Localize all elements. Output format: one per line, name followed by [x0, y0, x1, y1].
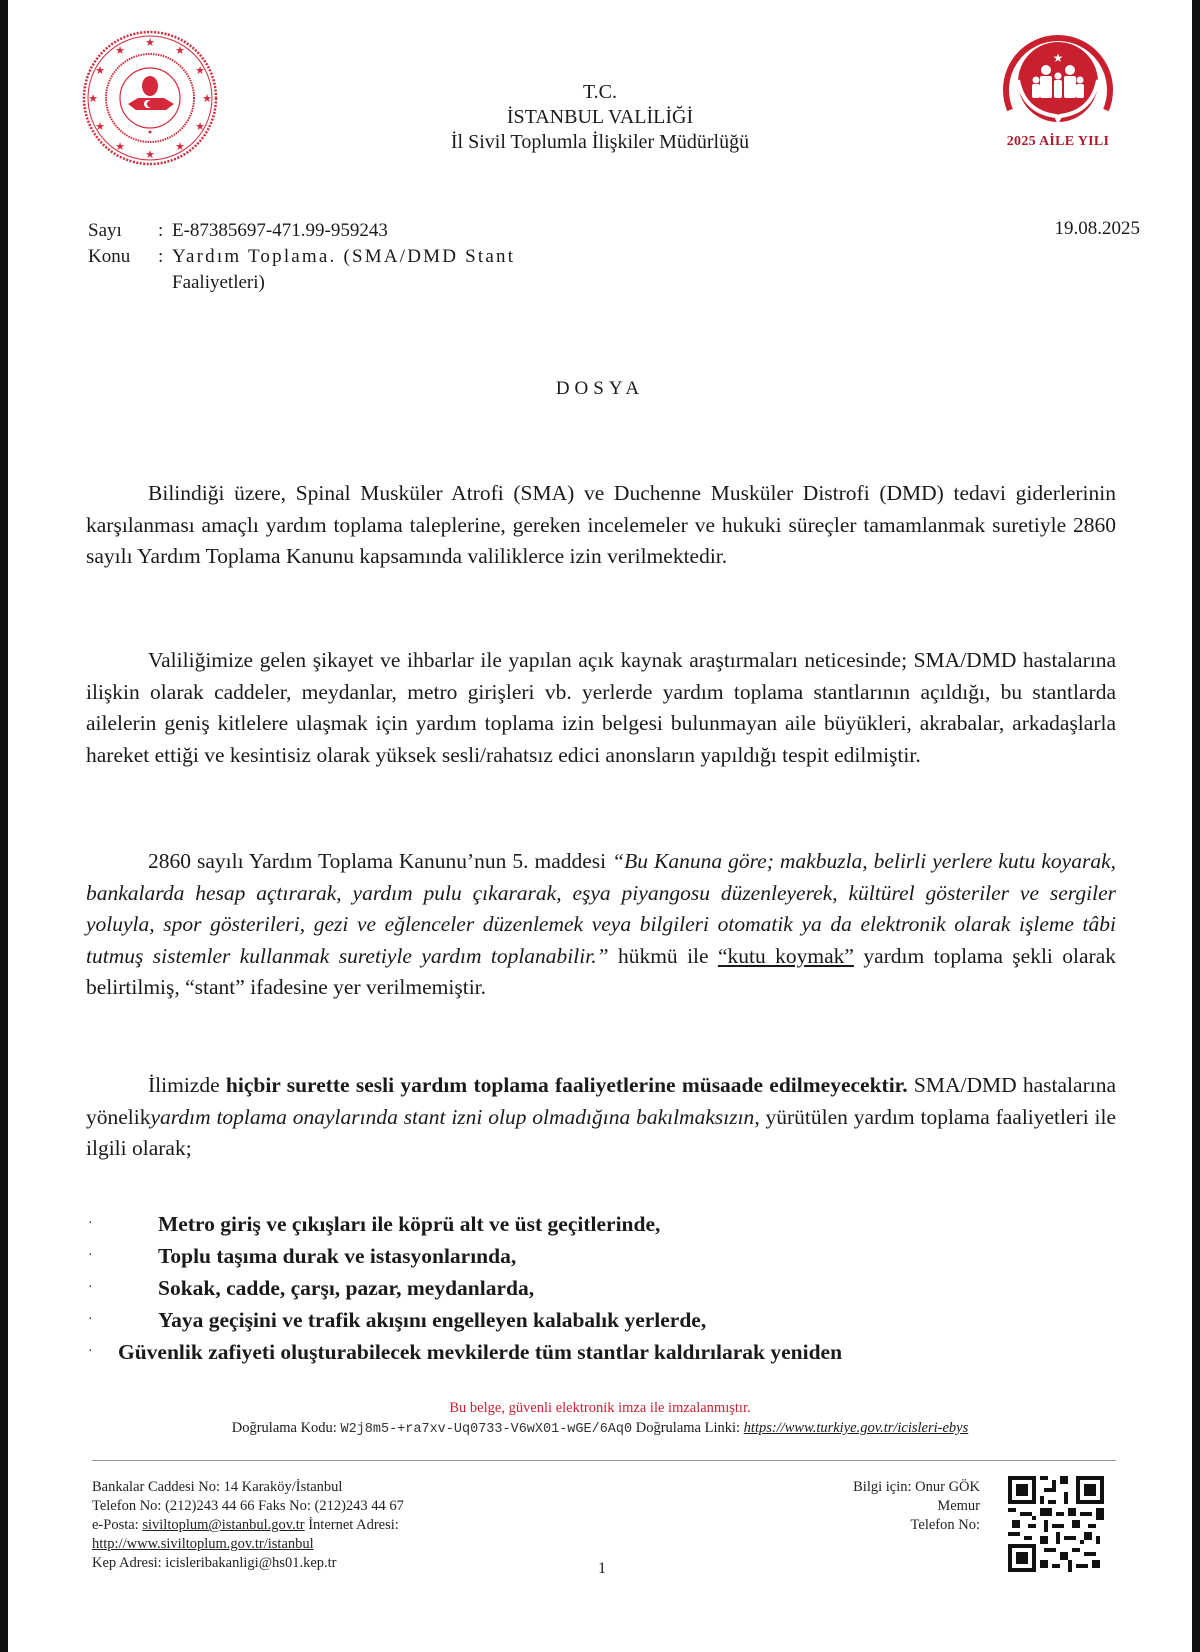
colon: : [158, 218, 172, 244]
bold-statement: hiçbir surette sesli yardım toplama faal… [226, 1073, 908, 1097]
paragraph-1-text: Bilindiği üzere, Spinal Musküler Atrofi … [86, 478, 1116, 573]
email-label: e-Posta: [92, 1517, 139, 1533]
bullet: · [88, 1240, 158, 1272]
svg-text:★: ★ [95, 65, 105, 77]
italic-phrase: yardım toplama onaylarında stant izni ol… [151, 1105, 755, 1129]
svg-text:★: ★ [175, 45, 185, 57]
document-meta: Sayı : E-87385697-471.99-959243 Konu : Y… [88, 218, 515, 296]
document-page: ★★★ ★★★ ★★★ ★★★ ★ [8, 0, 1192, 1652]
qr-code-icon [1008, 1476, 1104, 1572]
info-phone: Telefon No: [853, 1516, 980, 1535]
list-item: ·Metro giriş ve çıkışları ile köprü alt … [88, 1208, 1122, 1240]
bullet: · [88, 1272, 158, 1304]
letterhead: T.C. İSTANBUL VALİLİĞİ İl Sivil Toplumla… [8, 80, 1192, 155]
text-span: İlimizde [148, 1073, 226, 1097]
svg-text:★: ★ [145, 37, 155, 49]
department-name: İl Sivil Toplumla İlişkiler Müdürlüğü [8, 130, 1192, 155]
footer-address: Bankalar Caddesi No: 14 Karaköy/İstanbul [92, 1478, 404, 1497]
law-reference: 2860 sayılı Yardım Toplama Kanunu’nun 5.… [148, 849, 612, 873]
list-item-text: Güvenlik zafiyeti oluşturabilecek mevkil… [118, 1336, 842, 1368]
verification-link[interactable]: https://www.turkiye.gov.tr/icisleri-ebys [744, 1420, 969, 1436]
country-abbr: T.C. [8, 80, 1192, 105]
colon: : [158, 244, 172, 270]
info-title: Memur [853, 1497, 980, 1516]
verification-line: Doğrulama Kodu: W2j8m5-+ra7xv-Uq0733-V6w… [8, 1420, 1192, 1437]
verification-code: W2j8m5-+ra7xv-Uq0733-V6wX01-wGE/6Aq0 [340, 1422, 632, 1437]
paragraph-4: İlimizde hiçbir surette sesli yardım top… [86, 1070, 1116, 1165]
konu-value-continued: Faaliyetleri) [88, 270, 515, 296]
underlined-term: “kutu koymak” [718, 944, 854, 968]
footer-info: Bilgi için: Onur GÖK Memur Telefon No: [853, 1478, 980, 1535]
page-number: 1 [598, 1560, 606, 1578]
list-item: ·Toplu taşıma durak ve istasyonlarında, [88, 1240, 1122, 1272]
crop-edge [92, 1578, 472, 1588]
footer-contact: Bankalar Caddesi No: 14 Karaköy/İstanbul… [92, 1478, 404, 1573]
document-date: 19.08.2025 [1055, 218, 1141, 240]
list-item-text: Toplu taşıma durak ve istasyonlarında, [158, 1240, 516, 1272]
list-item-text: Yaya geçişini ve trafik akışını engelley… [158, 1304, 706, 1336]
text-span: hükmü ile [609, 944, 718, 968]
e-signature-note: Bu belge, güvenli elektronik imza ile im… [8, 1400, 1192, 1417]
location-list: ·Metro giriş ve çıkışları ile köprü alt … [88, 1208, 1122, 1368]
info-contact: Bilgi için: Onur GÖK [853, 1478, 980, 1497]
paragraph-2-text: Valiliğimize gelen şikayet ve ihbarlar i… [86, 645, 1116, 771]
list-item-text: Metro giriş ve çıkışları ile köprü alt v… [158, 1208, 660, 1240]
paragraph-1: Bilindiği üzere, Spinal Musküler Atrofi … [86, 478, 1116, 573]
konu-value: Yardım Toplama. (SMA/DMD Stant [172, 244, 515, 270]
footer-divider [92, 1460, 1116, 1461]
paragraph-2: Valiliğimize gelen şikayet ve ihbarlar i… [86, 645, 1116, 771]
verification-link-label: Doğrulama Linki: [636, 1420, 740, 1436]
list-item-text: Sokak, cadde, çarşı, pazar, meydanlarda, [158, 1272, 534, 1304]
paragraph-3: 2860 sayılı Yardım Toplama Kanunu’nun 5.… [86, 846, 1116, 1004]
bullet: · [88, 1208, 158, 1240]
svg-text:★: ★ [1053, 51, 1064, 65]
verification-code-label: Doğrulama Kodu: [232, 1420, 337, 1436]
list-item: ·Yaya geçişini ve trafik akışını engelle… [88, 1304, 1122, 1336]
bullet: · [88, 1304, 158, 1336]
web-link[interactable]: http://www.siviltoplum.gov.tr/istanbul [92, 1535, 404, 1554]
email-link[interactable]: siviltoplum@istanbul.gov.tr [142, 1517, 304, 1533]
sayi-label: Sayı [88, 218, 158, 244]
list-item: ·Sokak, cadde, çarşı, pazar, meydanlarda… [88, 1272, 1122, 1304]
footer-phone: Telefon No: (212)243 44 66 Faks No: (212… [92, 1497, 404, 1516]
document-title: DOSYA [8, 378, 1192, 400]
kep-address: Kep Adresi: icisleribakanligi@hs01.kep.t… [92, 1554, 404, 1573]
svg-text:★: ★ [115, 45, 125, 57]
svg-text:★: ★ [195, 65, 205, 77]
bullet: · [88, 1336, 118, 1368]
list-item: ·Güvenlik zafiyeti oluşturabilecek mevki… [88, 1336, 1122, 1368]
institution-name: İSTANBUL VALİLİĞİ [8, 105, 1192, 130]
konu-label: Konu [88, 244, 158, 270]
web-label: İnternet Adresi: [308, 1517, 399, 1533]
sayi-value: E-87385697-471.99-959243 [172, 218, 388, 244]
